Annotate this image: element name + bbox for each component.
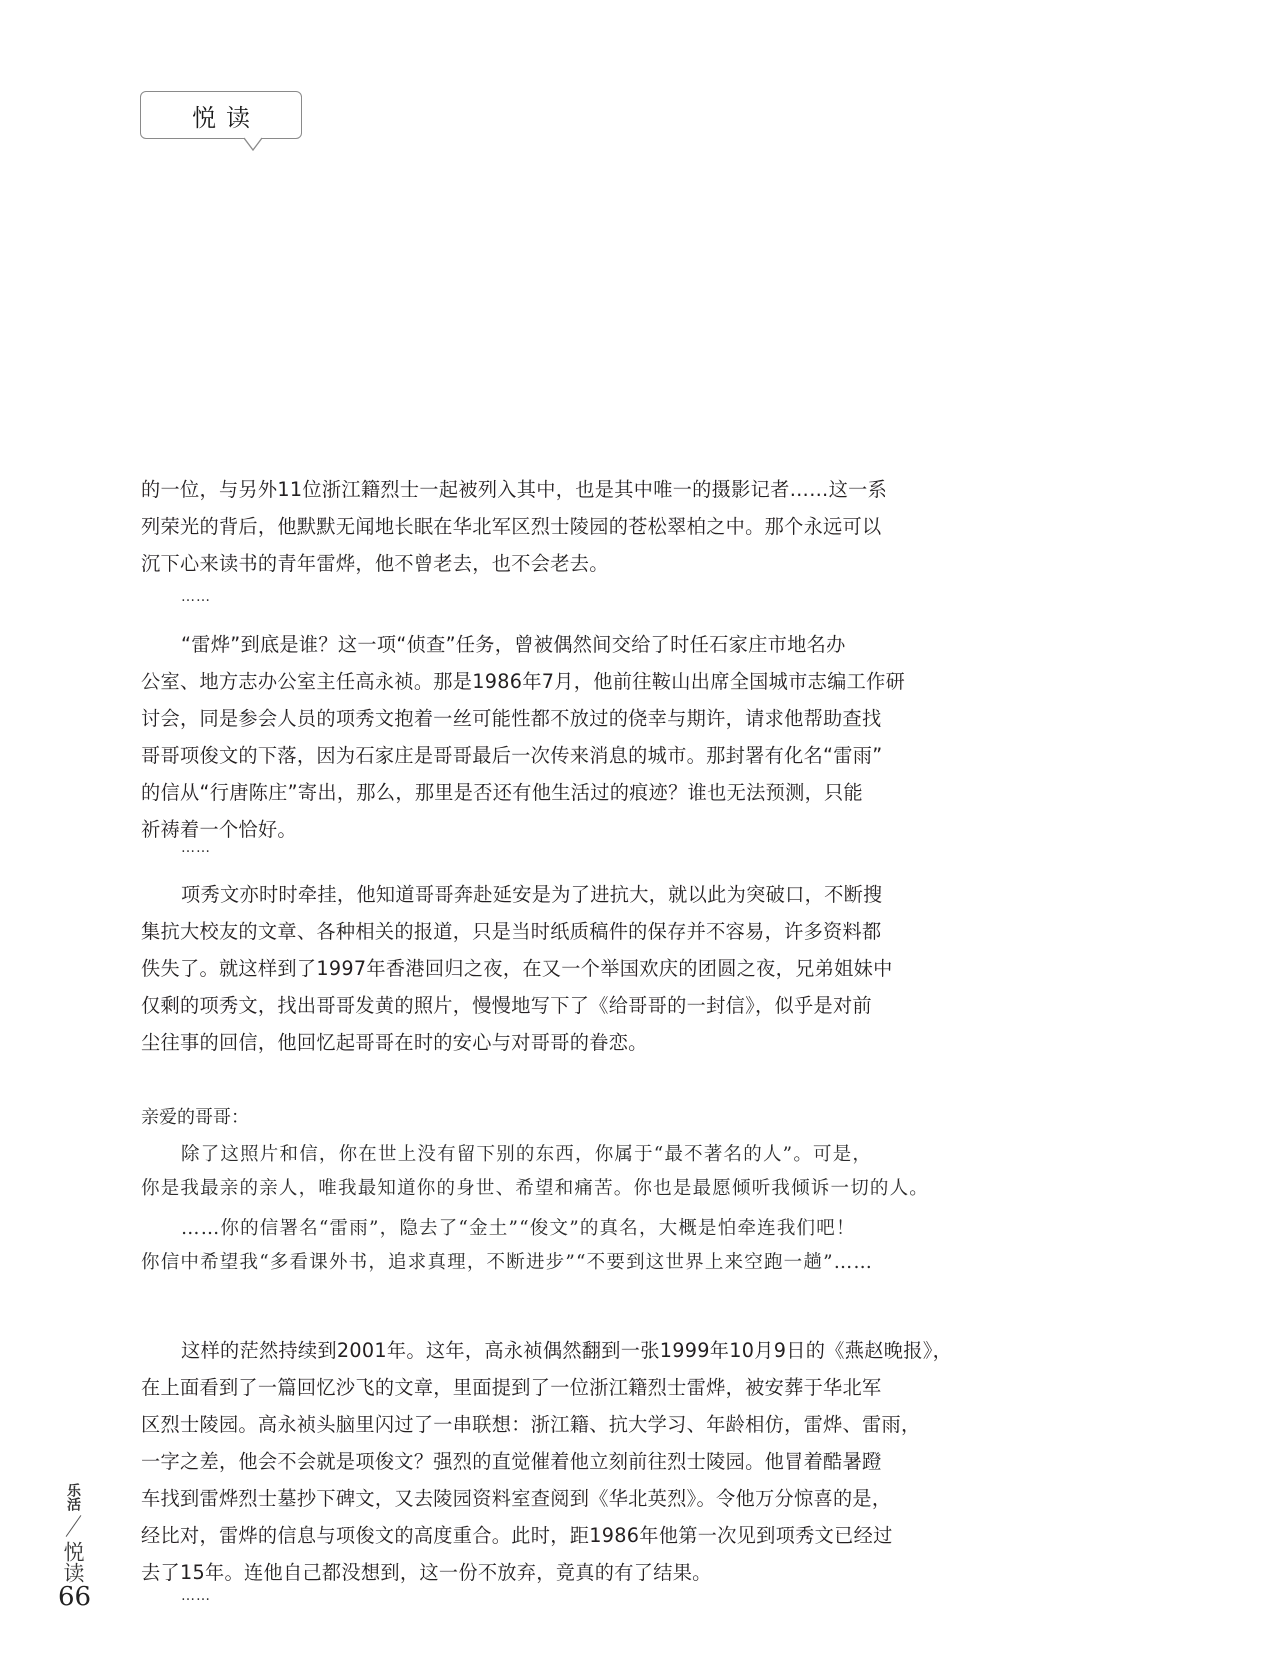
text-line: 哥哥项俊文的下落，因为石家庄是哥哥最后一次传来消息的城市。那封署有化名“雷雨”: [141, 737, 898, 774]
page-number: 66: [58, 1582, 91, 1612]
column-label-big: 悦读: [61, 1541, 85, 1583]
text-line: 这样的茫然持续到2001年。这年，高永祯偶然翻到一张1999年10月9日的《燕赵…: [141, 1332, 898, 1369]
text-line: ……你的信署名“雷雨”，隐去了“金土”“俊文”的真名，大概是怕牵连我们吧！: [141, 1212, 898, 1246]
text-line: 区烈士陵园。高永祯头脑里闪过了一串联想：浙江籍、抗大学习、年龄相仿，雷烨、雷雨，: [141, 1406, 898, 1443]
letter-paragraph-2: ……你的信署名“雷雨”，隐去了“金土”“俊文”的真名，大概是怕牵连我们吧！ 你信…: [141, 1212, 898, 1280]
text-line: “雷烨”到底是谁？这一项“侦查”任务，曾被偶然间交给了时任石家庄市地名办: [141, 626, 898, 663]
text-line: 的一位，与另外11位浙江籍烈士一起被列入其中，也是其中唯一的摄影记者……这一系: [141, 471, 898, 508]
text-line: 的信从“行唐陈庄”寄出，那么，那里是否还有他生活过的痕迹？谁也无法预测，只能: [141, 774, 898, 811]
speech-bubble-tail-icon: [244, 137, 262, 153]
text-line: 公室、地方志办公室主任高永祯。那是1986年7月，他前往鞍山出席全国城市志编工作…: [141, 663, 898, 700]
text-line: 佚失了。就这样到了1997年香港回归之夜，在又一个举国欢庆的团圆之夜，兄弟姐妹中: [141, 950, 898, 987]
text-line: 车找到雷烨烈士墓抄下碑文，又去陵园资料室查阅到《华北英烈》。令他万分惊喜的是，: [141, 1480, 898, 1517]
text-line: 你是我最亲的亲人，唯我最知道你的身世、希望和痛苦。你也是最愿倾听我倾诉一切的人。: [141, 1172, 898, 1206]
letter-paragraph-1: 除了这照片和信，你在世上没有留下别的东西，你属于“最不著名的人”。可是， 你是我…: [141, 1138, 898, 1206]
letter-salutation: 亲爱的哥哥：: [141, 1103, 249, 1129]
text-line: 除了这照片和信，你在世上没有留下别的东西，你属于“最不著名的人”。可是，: [141, 1138, 898, 1172]
text-line: 集抗大校友的文章、各种相关的报道，只是当时纸质稿件的保存并不容易，许多资料都: [141, 913, 898, 950]
text-line: 你信中希望我“多看课外书，追求真理，不断进步”“不要到这世界上来空跑一趟”……: [141, 1246, 898, 1280]
paragraph-2: “雷烨”到底是谁？这一项“侦查”任务，曾被偶然间交给了时任石家庄市地名办 公室、…: [141, 626, 898, 848]
text-line: 尘往事的回信，他回忆起哥哥在时的安心与对哥哥的眷恋。: [141, 1024, 898, 1061]
text-line: 讨会，同是参会人员的项秀文抱着一丝可能性都不放过的侥幸与期许，请求他帮助查找: [141, 700, 898, 737]
ellipsis-break: ……: [181, 840, 211, 856]
text-line: 项秀文亦时时牵挂，他知道哥哥奔赴延安是为了进抗大，就以此为突破口，不断搜: [141, 876, 898, 913]
text-line: 沉下心来读书的青年雷烨，他不曾老去，也不会老去。: [141, 545, 898, 582]
text-line: 在上面看到了一篇回忆沙飞的文章，里面提到了一位浙江籍烈士雷烨，被安葬于华北军: [141, 1369, 898, 1406]
text-line: 去了15年。连他自己都没想到，这一份不放弃，竟真的有了结果。: [141, 1554, 898, 1591]
section-badge-label: 悦读: [182, 98, 260, 133]
text-line: 祈祷着一个恰好。: [141, 811, 898, 848]
ellipsis-break: ……: [181, 1588, 211, 1604]
section-badge: 悦读: [140, 91, 302, 139]
text-line: 列荣光的背后，他默默无闻地长眠在华北军区烈士陵园的苍松翠柏之中。那个永远可以: [141, 508, 898, 545]
paragraph-4: 这样的茫然持续到2001年。这年，高永祯偶然翻到一张1999年10月9日的《燕赵…: [141, 1332, 898, 1591]
text-line: 一字之差，他会不会就是项俊文？强烈的直觉催着他立刻前往烈士陵园。他冒着酷暑蹬: [141, 1443, 898, 1480]
column-label-small: 乐活: [65, 1483, 81, 1511]
paragraph-1: 的一位，与另外11位浙江籍烈士一起被列入其中，也是其中唯一的摄影记者……这一系 …: [141, 471, 898, 582]
paragraph-3: 项秀文亦时时牵挂，他知道哥哥奔赴延安是为了进抗大，就以此为突破口，不断搜 集抗大…: [141, 876, 898, 1061]
slash-divider: [65, 1515, 81, 1537]
text-line: 仅剩的项秀文，找出哥哥发黄的照片，慢慢地写下了《给哥哥的一封信》，似乎是对前: [141, 987, 898, 1024]
ellipsis-break: ……: [181, 589, 211, 605]
column-label: 乐活 悦读: [62, 1483, 84, 1583]
text-line: 经比对，雷烨的信息与项俊文的高度重合。此时，距1986年他第一次见到项秀文已经过: [141, 1517, 898, 1554]
